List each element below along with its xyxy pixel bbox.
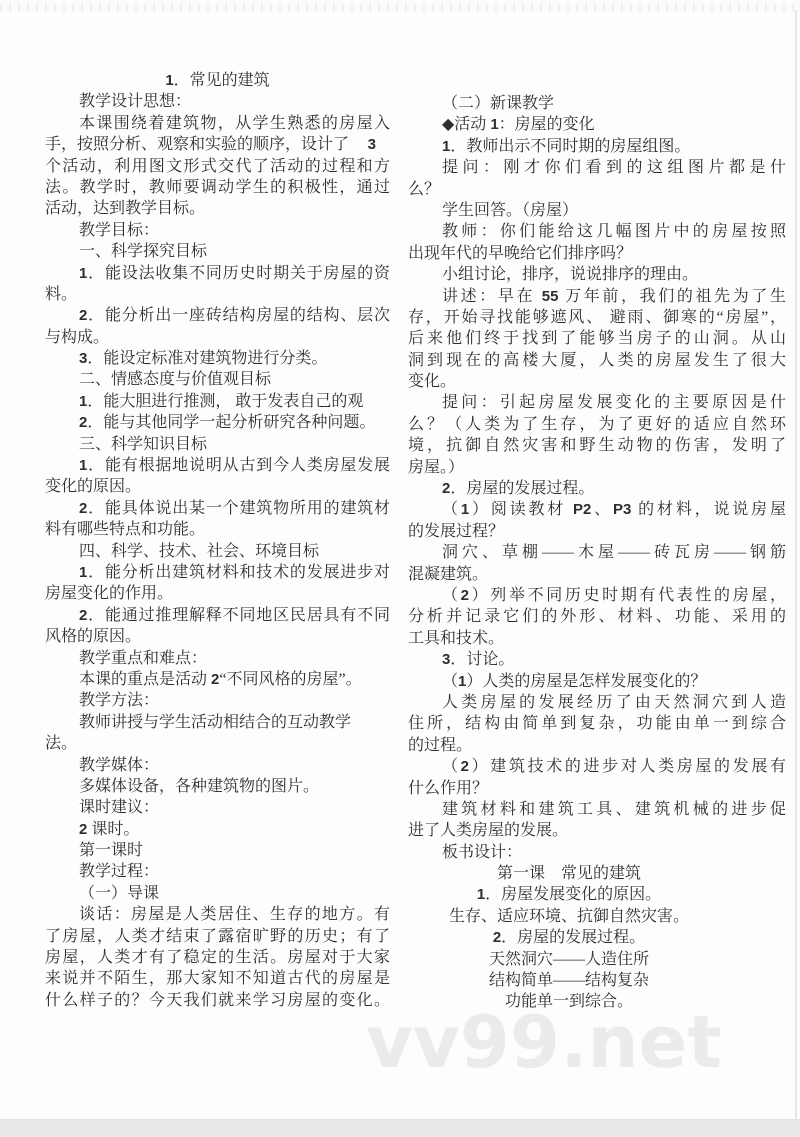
text-line: 洞穴、草棚——木屋——砖瓦房——钢筋 (408, 542, 786, 563)
text-line: 混凝建筑。 (408, 564, 786, 585)
text-line: 与构成。 (45, 327, 390, 348)
text-line: 后来他们终于找到了能够当房子的山洞。从山 (408, 328, 786, 349)
text-line: 二、情感态度与价值观目标 (45, 369, 390, 390)
text-line: 住所，结构由简单到复杂，功能由单一到综合 (408, 713, 786, 734)
text-line: 教师讲授与学生活动相结合的互动教学 (45, 712, 390, 733)
text-line: 房屋，人类才有了稳定的生活。房屋对于大家 (45, 947, 390, 968)
text-line: 什么作用？ (408, 778, 786, 799)
text-line: 分析并记录它们的外形、材料、功能、采用的 (408, 606, 786, 627)
text-line: 学生回答。（房屋） (408, 200, 786, 221)
text-line: （1）人类的房屋是怎样发展变化的？ (408, 671, 786, 692)
line-text: 手，按照分析、观察和实验的顺序，设计了 (45, 134, 349, 155)
text-line: 生存、适应环境、抗御自然灾害。 (408, 906, 786, 927)
text-line: （一）导课 (45, 883, 390, 904)
document-page: vv99.net 1．常见的建筑教学设计思想：本课围绕着建筑物，从学生熟悉的房屋… (0, 0, 800, 1137)
text-line: 了房屋，人类才结束了露宿旷野的历史；有了 (45, 926, 390, 947)
text-line: 教学过程： (45, 861, 390, 882)
text-line: 三、科学知识目标 (45, 434, 390, 455)
text-line: 进了人类房屋的发展。 (408, 820, 786, 841)
text-line: 工具和技术。 (408, 628, 786, 649)
text-line: 1．常见的建筑 (45, 70, 390, 91)
page-bottom-bar (0, 1119, 800, 1137)
text-line: 1．能大胆进行推测， 敢于发表自己的观点。 (45, 391, 390, 412)
text-line: 料。 (45, 284, 390, 305)
text-line: 1．教师出示不同时期的房屋组图。 (408, 136, 786, 157)
text-line: 个活动，利用图文形式交代了活动的过程和方 (45, 156, 390, 177)
text-line: 法。教学时，教师要调动学生的积极性，通过 (45, 177, 390, 198)
text-line: 四、科学、技术、社会、环境目标 (45, 541, 390, 562)
text-line: 谈话：房屋是人类居住、生存的地方。有 (45, 904, 390, 925)
text-line: 课时建议： (45, 797, 390, 818)
text-line: 本课围绕着建筑物，从学生熟悉的房屋入 (45, 113, 390, 134)
text-line: 手，按照分析、观察和实验的顺序，设计了3 (45, 134, 390, 155)
text-line: 2．能具体说出某一个建筑物所用的建筑材 (45, 498, 390, 519)
text-line: 1．房屋发展变化的原因。 (408, 884, 786, 905)
text-line: 2 课时。 (45, 819, 390, 840)
text-line: 么？（人类为了生存，为了更好的适应自然环 (408, 414, 786, 435)
text-line: 1．能有根据地说明从古到今人类房屋发展 (45, 455, 390, 476)
text-line: （2）建筑技术的进步对人类房屋的发展有 (408, 756, 786, 777)
text-line: 教学媒体： (45, 755, 390, 776)
text-line: 出现年代的早晚给它们排序吗？ (408, 243, 786, 264)
text-line: 建筑材料和建筑工具、建筑机械的进步促 (408, 799, 786, 820)
right-column: （二）新课教学◆活动 1：房屋的变化1．教师出示不同时期的房屋组图。提问：刚才你… (408, 93, 786, 1013)
text-line: 功能单一到综合。 (408, 991, 786, 1012)
text-line: 本课的重点是活动 2“不同风格的房屋”。 (45, 669, 390, 690)
text-line: 教学目标： (45, 220, 390, 241)
text-line: 板书设计： (408, 842, 786, 863)
text-line: 风格的原因。 (45, 626, 390, 647)
text-line: 境，抗御自然灾害和野生动物的伤害，发明了 (408, 435, 786, 456)
text-line: 洞到现在的高楼大厦，人类的房屋发生了很大 (408, 350, 786, 371)
text-line: 人类房屋的发展经历了由天然洞穴到人造 (408, 692, 786, 713)
text-line: 小组讨论，排序，说说排序的理由。 (408, 264, 786, 285)
text-line: 的过程。 (408, 735, 786, 756)
text-line: 来说并不陌生，那大家知不知道古代的房屋是 (45, 968, 390, 989)
line-tail-number: 3 (368, 134, 390, 155)
text-line: 活动，达到教学目标。 (45, 198, 390, 219)
text-line: （2）列举不同历史时期有代表性的房屋， (408, 585, 786, 606)
text-line: 房屋。） (408, 457, 786, 478)
text-line: 一、科学探究目标 (45, 241, 390, 262)
text-line: 变化的原因。 (45, 476, 390, 497)
text-line: 什么样子的？今天我们就来学习房屋的变化。 (45, 990, 390, 1011)
text-line: 1．能分析出建筑材料和技术的发展进步对 (45, 562, 390, 583)
text-line: 么？ (408, 179, 786, 200)
page-edge-line (795, 10, 797, 1119)
text-line: （二）新课教学 (408, 93, 786, 114)
text-line: 多媒体设备，各种建筑物的图片。 (45, 776, 390, 797)
text-line: 变化。 (408, 371, 786, 392)
text-line: 的发展过程？ (408, 521, 786, 542)
text-line: 教学重点和难点： (45, 648, 390, 669)
text-line: 教学设计思想： (45, 91, 390, 112)
text-line: 房屋变化的作用。 (45, 583, 390, 604)
text-line: （1）阅读教材 P2、P3 的材料，说说房屋 (408, 499, 786, 520)
text-line: 教师：你们能给这几幅图片中的房屋按照 (408, 221, 786, 242)
text-line: ◆活动 1：房屋的变化 (408, 114, 786, 135)
text-line: 提问：刚才你们看到的这组图片都是什 (408, 157, 786, 178)
text-line: 3．能设定标准对建筑物进行分类。 (45, 348, 390, 369)
text-line: 2．能与其他同学一起分析研究各种问题。 (45, 412, 390, 433)
text-line: 结构简单——结构复杂 (408, 970, 786, 991)
text-line: 教学方法： (45, 690, 390, 711)
text-line: 提问：引起房屋发展变化的主要原因是什 (408, 392, 786, 413)
text-line: 2．能通过推理解释不同地区民居具有不同 (45, 605, 390, 626)
text-line: 2．能分析出一座砖结构房屋的结构、层次 (45, 305, 390, 326)
text-line: 料有哪些特点和功能。 (45, 519, 390, 540)
text-line: 第一课时 (45, 840, 390, 861)
scan-artifact-top (0, 3, 800, 12)
left-column: 1．常见的建筑教学设计思想：本课围绕着建筑物，从学生熟悉的房屋入手，按照分析、观… (45, 70, 390, 1011)
text-line: 天然洞穴——人造住所 (408, 949, 786, 970)
text-line: 讲述：早在 55 万年前，我们的祖先为了生 (408, 286, 786, 307)
text-line: 2．房屋的发展过程。 (408, 927, 786, 948)
text-line: 2．房屋的发展过程。 (408, 478, 786, 499)
text-line: 第一课 常见的建筑 (408, 863, 786, 884)
text-line: 3．讨论。 (408, 649, 786, 670)
text-line: 1．能设法收集不同历史时期关于房屋的资 (45, 263, 390, 284)
text-line: 法。 (45, 733, 390, 754)
text-line: 存，开始寻找能够遮风、 避雨、御寒的“房屋”， (408, 307, 786, 328)
